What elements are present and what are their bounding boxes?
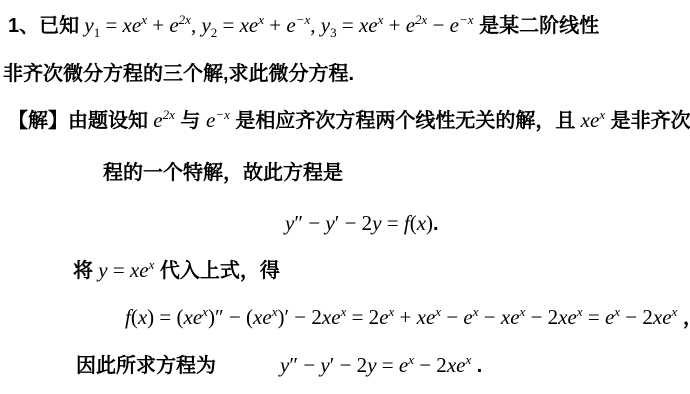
text-run: 2x xyxy=(179,12,191,27)
text-run: x xyxy=(417,211,426,235)
solution-intro-line: 【解】由题设知 e2x 与 e−x 是相应齐次方程两个线性无关的解，且 xex … xyxy=(8,107,690,134)
text-run: xe xyxy=(240,13,259,37)
problem-statement-line-2: 非齐次微分方程的三个解,求此微分方程. xyxy=(3,60,354,87)
text-run: 将 xyxy=(73,260,93,282)
text-run: ( xyxy=(410,211,417,235)
text-run: ， xyxy=(677,307,690,329)
text-run: 1、已知 xyxy=(8,15,79,37)
text-run: y xyxy=(280,353,289,377)
text-run: + xyxy=(264,13,286,37)
text-run: . xyxy=(471,355,482,377)
text-run: −x xyxy=(296,12,311,27)
text-run: xe xyxy=(558,305,577,329)
text-run: e xyxy=(463,305,472,329)
text-run: ″ − xyxy=(294,211,325,235)
text-run: x xyxy=(138,305,147,329)
text-run: 是非齐次方 xyxy=(605,110,690,132)
text-run: −x xyxy=(459,12,474,27)
text-run: xe xyxy=(653,305,672,329)
text-run: y xyxy=(320,353,329,377)
fx-derivation-equation: f(x) = (xex)″ − (xex)′ − 2xex = 2ex + xe… xyxy=(125,304,690,331)
text-run: + xyxy=(394,305,416,329)
text-run: y xyxy=(84,13,93,37)
text-run: = xyxy=(337,13,359,37)
text-run: −x xyxy=(215,107,230,122)
text-run: − xyxy=(479,305,501,329)
text-run: y xyxy=(201,13,210,37)
text-run: ) = ( xyxy=(147,305,183,329)
text-run: y xyxy=(285,211,294,235)
text-run: y xyxy=(367,353,376,377)
text-run: 因此所求方程为 xyxy=(76,355,216,377)
text-run: − 2 xyxy=(414,353,447,377)
text-run: xe xyxy=(123,13,142,37)
text-run: = 2 xyxy=(346,305,379,329)
document-page: 1、已知 y1 = xex + e2x, y2 = xex + e−x, y3 … xyxy=(0,0,690,394)
text-run: 是相应齐次方程两个线性无关的解，且 xyxy=(230,110,576,132)
text-run: = xyxy=(583,305,605,329)
text-run: y xyxy=(372,211,381,235)
text-run: e xyxy=(379,305,388,329)
text-run: + xyxy=(383,13,405,37)
text-run: = xyxy=(382,211,404,235)
text-run: y xyxy=(321,13,330,37)
text-run: xe xyxy=(322,305,341,329)
text-run: xe xyxy=(417,305,436,329)
text-run: 与 xyxy=(175,110,206,132)
text-run: 程的一个特解，故此方程是 xyxy=(103,162,343,184)
text-run: 2x xyxy=(163,107,175,122)
text-run: − xyxy=(427,13,449,37)
text-run: 【解】由题设知 xyxy=(8,110,148,132)
text-run: 2x xyxy=(415,12,427,27)
text-run: e xyxy=(406,13,415,37)
text-run: e xyxy=(169,13,178,37)
text-run: − 2 xyxy=(525,305,558,329)
text-run: y xyxy=(98,258,107,282)
text-run: xe xyxy=(501,305,520,329)
text-run: = xyxy=(217,13,239,37)
text-run: )′ − 2 xyxy=(277,305,321,329)
text-run: ( xyxy=(131,305,138,329)
solution-continuation-line: 程的一个特解，故此方程是 xyxy=(103,159,343,186)
homogeneous-form-equation: y″ − y′ − 2y = f(x). xyxy=(285,210,439,237)
text-run: ′ − 2 xyxy=(330,353,367,377)
text-run: xe xyxy=(359,13,378,37)
text-run: xe xyxy=(581,108,600,132)
text-run: )″ − ( xyxy=(208,305,253,329)
text-run: − 2 xyxy=(620,305,653,329)
text-run: , xyxy=(310,13,321,37)
text-run: xe xyxy=(130,258,149,282)
text-run: + xyxy=(147,13,169,37)
problem-statement-line-1: 1、已知 y1 = xex + e2x, y2 = xex + e−x, y3 … xyxy=(8,12,599,39)
text-run: . xyxy=(433,213,439,235)
text-run: 是某二阶线性 xyxy=(474,15,600,37)
text-run: = xyxy=(100,13,122,37)
text-run: = xyxy=(377,353,399,377)
text-run: e xyxy=(399,353,408,377)
text-run: − xyxy=(441,305,463,329)
text-run: e xyxy=(206,108,215,132)
substitution-line: 将 y = xex 代入上式，得 xyxy=(73,257,280,284)
text-run: ) xyxy=(426,211,433,235)
text-run: ″ − xyxy=(289,353,320,377)
text-run: e xyxy=(286,13,295,37)
text-run: xe xyxy=(184,305,203,329)
text-run: ′ − 2 xyxy=(335,211,372,235)
text-run: 代入上式，得 xyxy=(154,260,280,282)
text-run: e xyxy=(605,305,614,329)
text-run: y xyxy=(325,211,334,235)
text-run: = xyxy=(108,258,130,282)
text-run: 非齐次微分方程的三个解,求此微分方程. xyxy=(3,63,354,85)
text-run: xe xyxy=(447,353,466,377)
text-run: xe xyxy=(253,305,272,329)
text-run: e xyxy=(450,13,459,37)
final-equation-line: 因此所求方程为y″ − y′ − 2y = ex − 2xex . xyxy=(76,352,482,379)
text-run: , xyxy=(191,13,202,37)
text-run: e xyxy=(153,108,162,132)
